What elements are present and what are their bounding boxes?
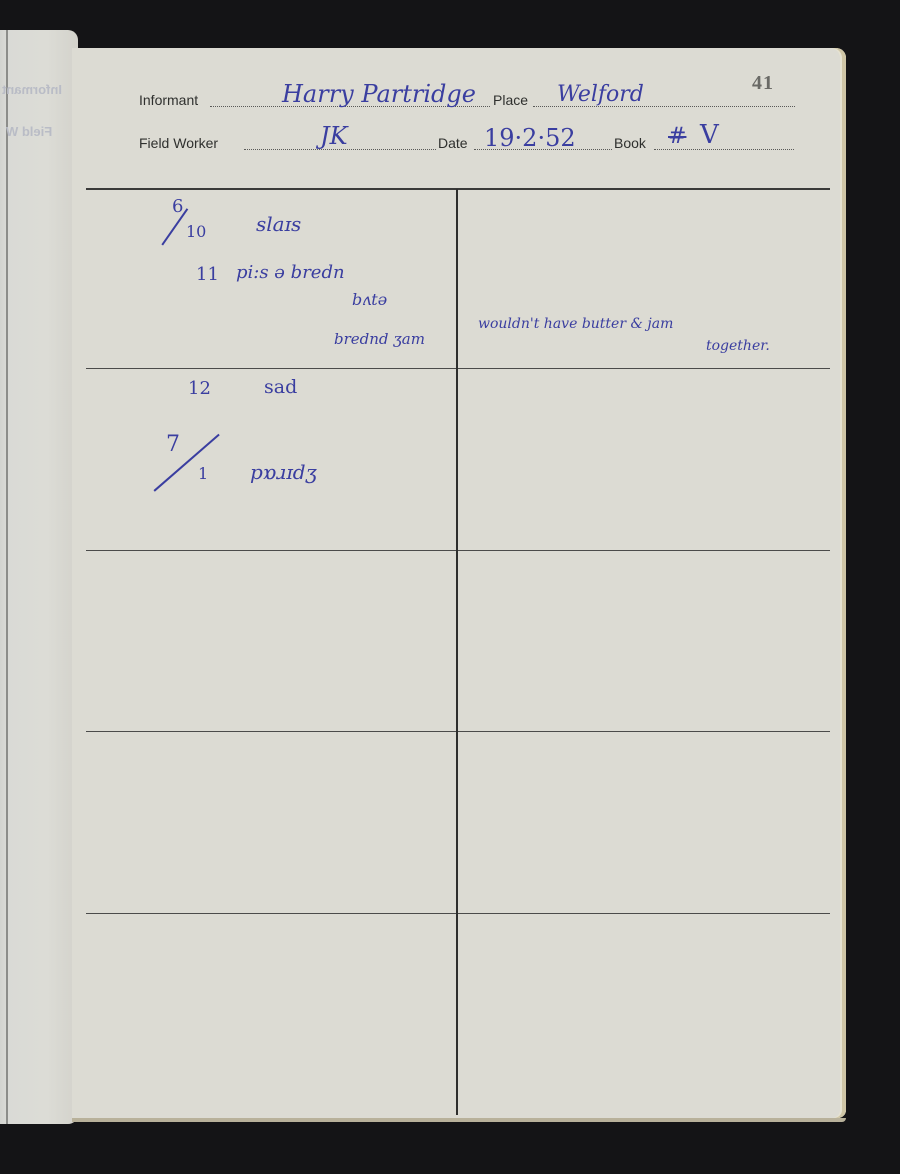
entry-transcription: sad bbox=[264, 376, 297, 398]
row-divider-4 bbox=[86, 913, 830, 914]
informant-label: Informant bbox=[139, 92, 198, 108]
date-label: Date bbox=[438, 135, 468, 151]
row-divider-2 bbox=[86, 550, 830, 551]
entry-transcription: pɒɹɪdʒ bbox=[250, 460, 317, 484]
page-binding bbox=[6, 30, 8, 1124]
ghost-field-worker-label: Field W bbox=[6, 124, 52, 139]
entry-ref-denominator: 1 bbox=[198, 464, 208, 483]
table-top-rule bbox=[86, 188, 830, 190]
place-label: Place bbox=[493, 92, 528, 108]
page-number: 41 bbox=[752, 72, 774, 95]
book-struck-symbol: # bbox=[668, 124, 686, 149]
entry-ref: 11 bbox=[196, 264, 219, 285]
place-value: Welford bbox=[557, 82, 644, 107]
field-worker-label: Field Worker bbox=[139, 135, 218, 151]
entry-transcription: bʌtə bbox=[352, 290, 387, 309]
entry-transcription: slaɪs bbox=[256, 212, 301, 236]
entry-ref-numerator: 7 bbox=[166, 432, 180, 457]
date-value: 19·2·52 bbox=[484, 124, 576, 152]
informant-value: Harry Partridge bbox=[282, 80, 476, 108]
entry-note: together. bbox=[706, 338, 770, 354]
entry-transcription: brednd ʒam bbox=[334, 330, 425, 348]
column-divider bbox=[456, 189, 458, 1115]
entry-note: wouldn't have butter & jam bbox=[478, 316, 673, 332]
row-divider-3 bbox=[86, 731, 830, 732]
field-worker-value: JK bbox=[320, 122, 348, 150]
entry-ref-denominator: 10 bbox=[186, 222, 206, 241]
book-line bbox=[654, 149, 794, 150]
entry-transcription: pi:s ə bredn bbox=[236, 262, 345, 283]
page-bottom-edge bbox=[72, 1118, 846, 1122]
entry-ref: 12 bbox=[188, 378, 211, 399]
ghost-informant-label: Informant bbox=[2, 82, 62, 97]
book-label: Book bbox=[614, 135, 646, 151]
row-divider-1 bbox=[86, 368, 830, 369]
previous-page-edge: Informant Field W bbox=[0, 30, 78, 1124]
book-value: V bbox=[700, 120, 719, 150]
